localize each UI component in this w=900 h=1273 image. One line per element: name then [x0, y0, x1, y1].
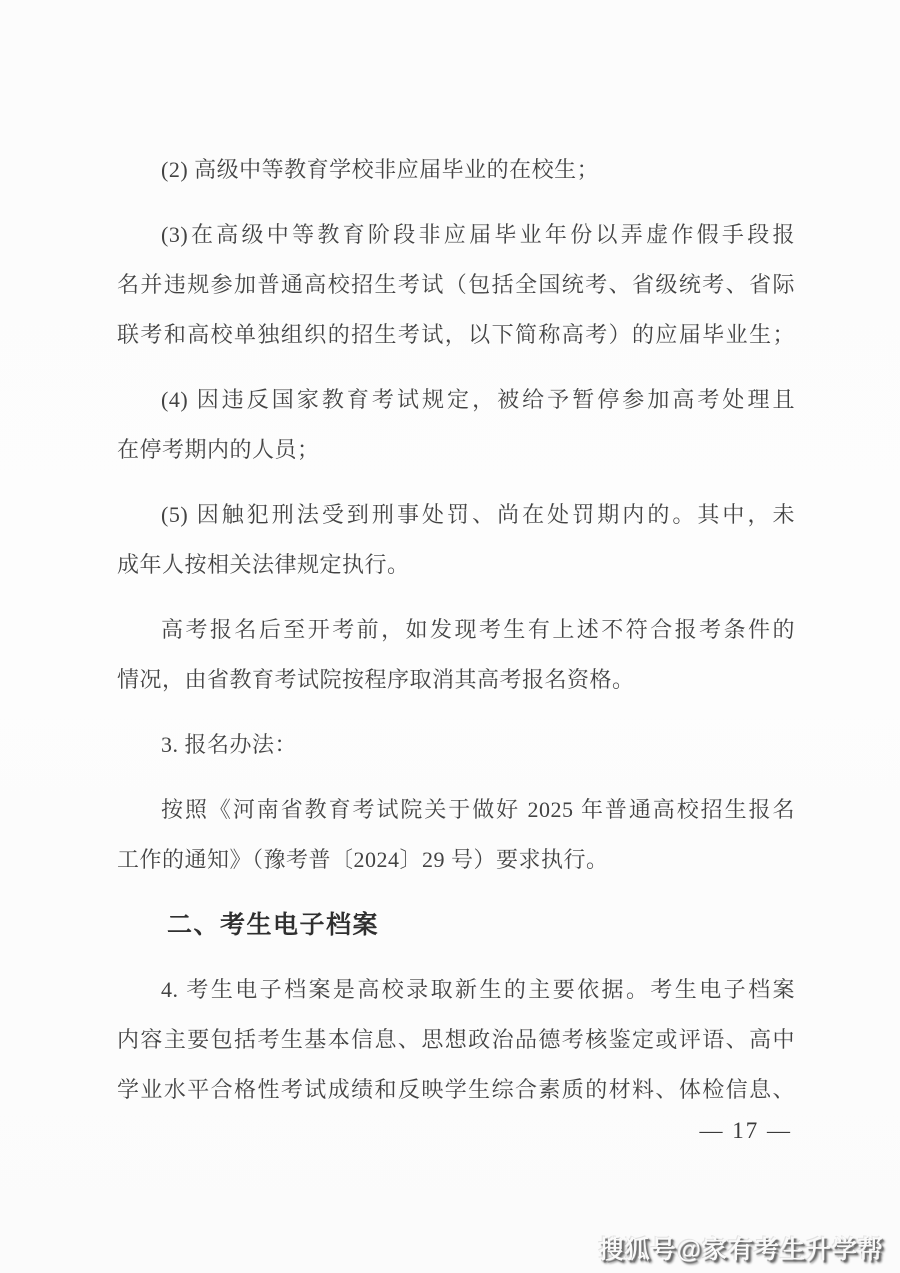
paragraph-clause-5: (5) 因触犯刑法受到刑事处罚、尚在处罚期内的。其中，未 成年人按相关法律规定执… [117, 490, 795, 590]
body-line: 4. 考生电子档案是高校录取新生的主要依据。考生电子档案 [117, 965, 795, 1015]
paragraph-clause-2: (2) 高级中等教育学校非应届毕业的在校生； [117, 145, 795, 195]
paragraph-clause-4: (4) 因违反国家教育考试规定，被给予暂停参加高考处理且 在停考期内的人员； [117, 375, 795, 475]
section-heading-text: 二、考生电子档案 [117, 900, 795, 950]
body-line: 工作的通知》（豫考普〔2024〕29 号）要求执行。 [117, 835, 795, 885]
page-number: — 17 — [700, 1114, 793, 1148]
body-line: (2) 高级中等教育学校非应届毕业的在校生； [117, 145, 795, 195]
paragraph-clause-3: (3)在高级中等教育阶段非应届毕业年份以弄虚作假手段报 名并违规参加普通高校招生… [117, 210, 795, 360]
body-line: 3. 报名办法： [117, 720, 795, 770]
document-body: (2) 高级中等教育学校非应届毕业的在校生； (3)在高级中等教育阶段非应届毕业… [117, 145, 795, 1130]
document-page: (2) 高级中等教育学校非应届毕业的在校生； (3)在高级中等教育阶段非应届毕业… [0, 0, 900, 1273]
paragraph-registration-method-title: 3. 报名办法： [117, 720, 795, 770]
body-line: 按照《河南省教育考试院关于做好 2025 年普通高校招生报名 [117, 785, 795, 835]
body-line: 情况，由省教育考试院按程序取消其高考报名资格。 [117, 655, 795, 705]
body-line: 在停考期内的人员； [117, 425, 795, 475]
body-line: (4) 因违反国家教育考试规定，被给予暂停参加高考处理且 [117, 375, 795, 425]
body-line: 成年人按相关法律规定执行。 [117, 540, 795, 590]
body-line: (3)在高级中等教育阶段非应届毕业年份以弄虚作假手段报 [117, 210, 795, 260]
body-line: 内容主要包括考生基本信息、思想政治品德考核鉴定或评语、高中 [117, 1015, 795, 1065]
paragraph-registration-method-body: 按照《河南省教育考试院关于做好 2025 年普通高校招生报名 工作的通知》（豫考… [117, 785, 795, 885]
section-heading-electronic-archive: 二、考生电子档案 [117, 900, 795, 950]
paragraph-disqualification: 高考报名后至开考前，如发现考生有上述不符合报考条件的 情况，由省教育考试院按程序… [117, 605, 795, 705]
watermark: 搜狐号@家有考生升学帮 [599, 1230, 884, 1266]
paragraph-clause-4-archive: 4. 考生电子档案是高校录取新生的主要依据。考生电子档案 内容主要包括考生基本信… [117, 965, 795, 1115]
body-line: 联考和高校单独组织的招生考试，以下简称高考）的应届毕业生； [117, 310, 795, 360]
body-line: 名并违规参加普通高校招生考试（包括全国统考、省级统考、省际 [117, 260, 795, 310]
body-line: (5) 因触犯刑法受到刑事处罚、尚在处罚期内的。其中，未 [117, 490, 795, 540]
body-line: 学业水平合格性考试成绩和反映学生综合素质的材料、体检信息、 [117, 1065, 795, 1115]
body-line: 高考报名后至开考前，如发现考生有上述不符合报考条件的 [117, 605, 795, 655]
